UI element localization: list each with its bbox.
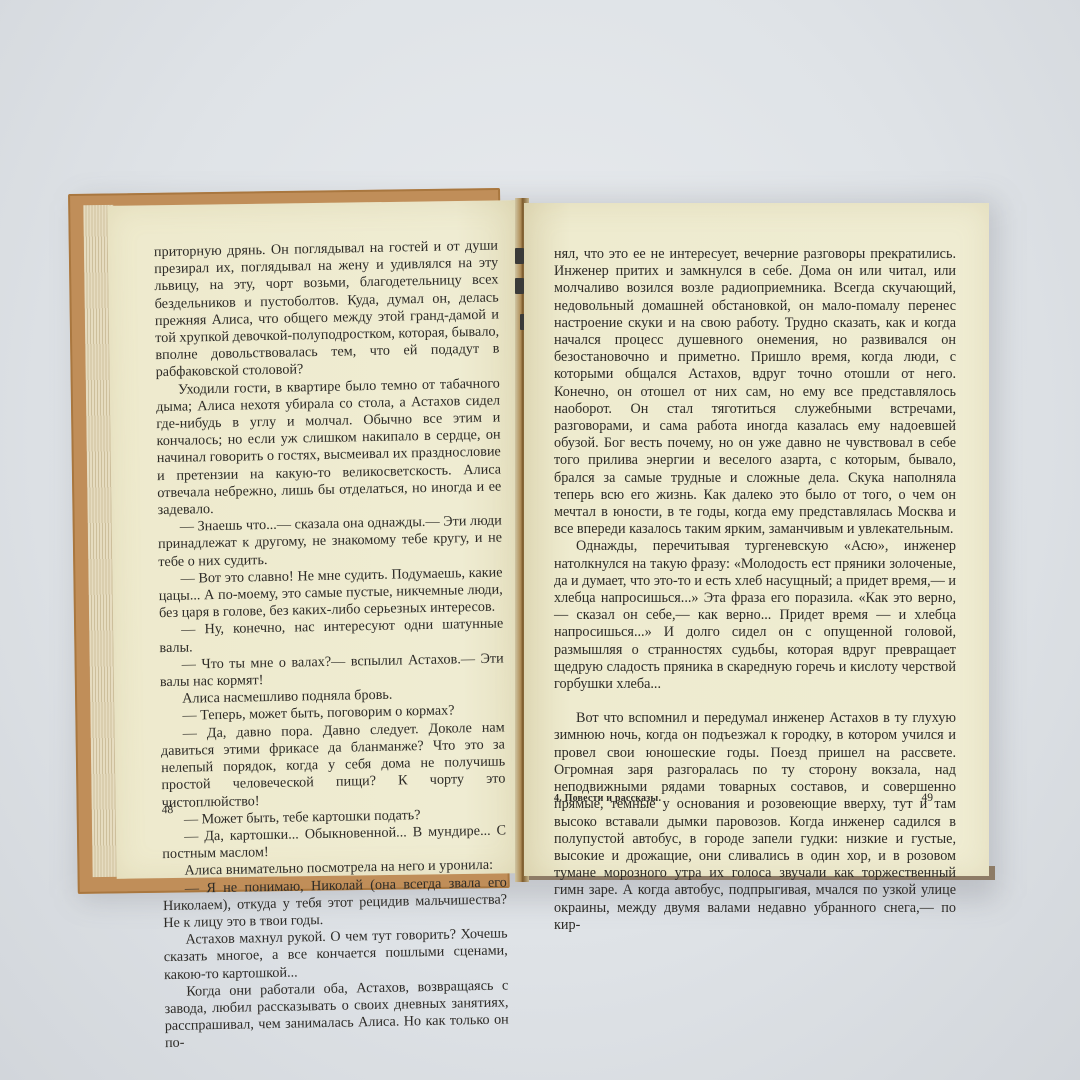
paragraph: приторную дрянь. Он поглядывал на гостей… bbox=[154, 238, 500, 382]
paragraph: Когда они работали оба, Астахов, возвращ… bbox=[164, 977, 509, 1052]
right-page-text: нял, что это ее не интересует, вечерние … bbox=[554, 246, 956, 934]
page-number-left: 48 bbox=[162, 804, 174, 816]
paragraph: Уходили гости, в квартире было темно от … bbox=[156, 375, 502, 519]
paragraph: — Знаешь что...— сказала она однажды.— Э… bbox=[158, 513, 503, 571]
page-number-right: 49 bbox=[922, 792, 934, 804]
paragraph: Вот что вспомнил и передумал инженер Аст… bbox=[554, 710, 956, 934]
paragraph: Однажды, перечитывая тургеневскую «Асю»,… bbox=[554, 538, 956, 693]
left-page-text: приторную дрянь. Он поглядывал на гостей… bbox=[154, 238, 509, 1053]
printer-signature-mark: 4. Повести и рассказы. bbox=[554, 793, 661, 804]
paragraph: Астахов махнул рукой. О чем тут говорить… bbox=[163, 926, 508, 984]
binding-stitch bbox=[515, 278, 524, 294]
paragraph: — Да, давно пора. Давно следует. Доколе … bbox=[161, 719, 506, 812]
paragraph: нял, что это ее не интересует, вечерние … bbox=[554, 246, 956, 538]
binding-stitch bbox=[515, 248, 524, 264]
right-page: нял, что это ее не интересует, вечерние … bbox=[524, 203, 989, 876]
left-page: приторную дрянь. Он поглядывал на гостей… bbox=[107, 200, 526, 879]
paragraph: — Вот это славно! Не мне судить. Подумае… bbox=[158, 564, 503, 622]
paragraph: — Я не понимаю, Николай (она всегда звал… bbox=[163, 874, 508, 932]
